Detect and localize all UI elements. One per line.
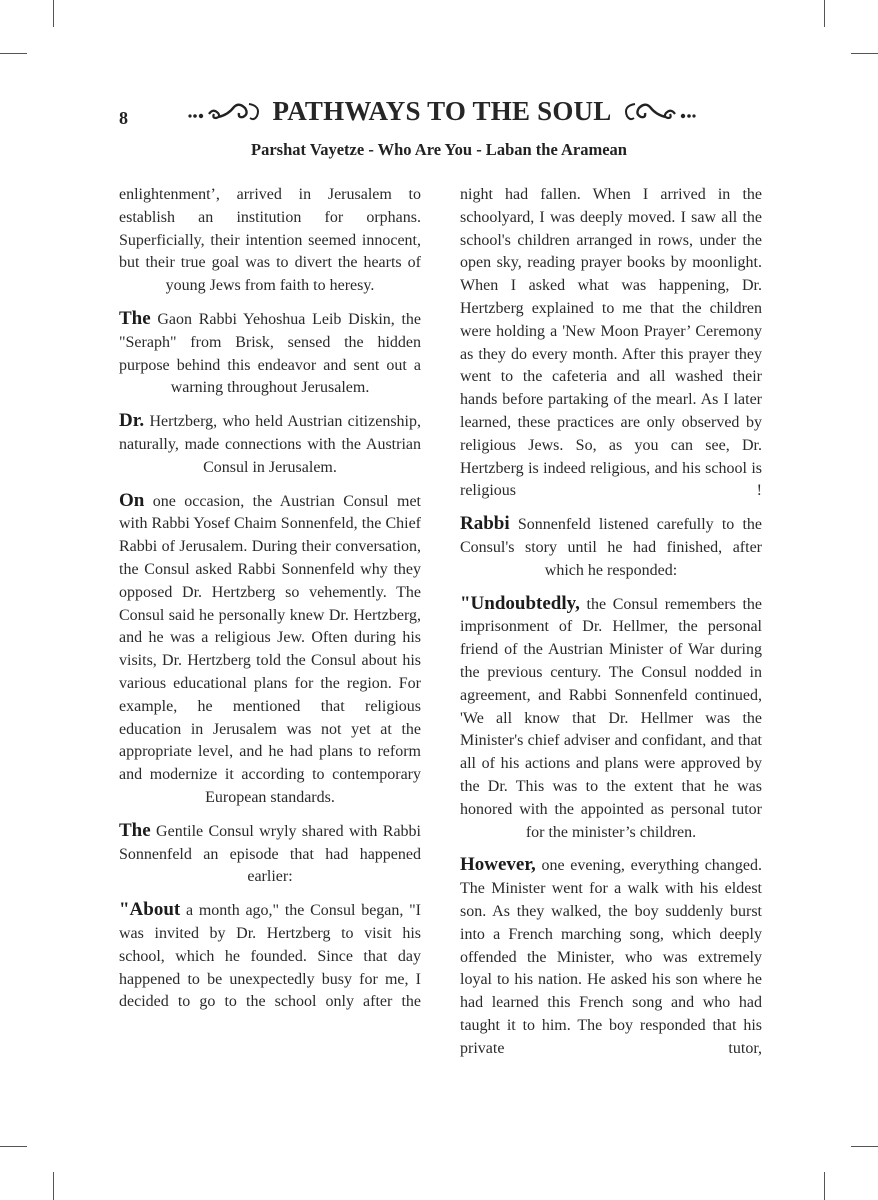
ornament-flourish-right-icon <box>615 100 697 124</box>
paragraph-text: Hertzberg, who held Austrian citizenship… <box>119 413 421 476</box>
paragraph-text: the Consul remembers the imprisonment of… <box>460 596 762 841</box>
text-column-right: night had fallen. When I arrived in the … <box>460 183 762 1070</box>
ornament-flourish-left-icon <box>187 100 269 124</box>
paragraph-lead: On <box>119 490 144 511</box>
crop-mark <box>0 53 27 54</box>
paragraph: On one occasion, the Austrian Consul met… <box>119 490 421 810</box>
paragraph-text: one evening, everything changed. The Min… <box>460 857 762 1056</box>
paragraph-lead: The <box>119 820 151 841</box>
paragraph: However, one evening, everything changed… <box>460 854 762 1060</box>
paragraph-text: enlightenment’, arrived in Jerusalem to … <box>119 186 421 294</box>
crop-mark <box>851 1146 878 1147</box>
paragraph: Dr. Hertzberg, who held Austrian citizen… <box>119 410 421 479</box>
crop-mark <box>53 1172 54 1200</box>
paragraph: "About a month ago," the Consul began, "… <box>119 899 421 1014</box>
paragraph-text: Gaon Rabbi Yehoshua Leib Diskin, the "Se… <box>119 311 421 396</box>
paragraph: enlightenment’, arrived in Jerusalem to … <box>119 183 421 298</box>
paragraph-lead: Dr. <box>119 410 144 431</box>
paragraph: The Gentile Consul wryly shared with Rab… <box>119 820 421 889</box>
paragraph-lead: The <box>119 308 151 329</box>
paragraph-text: Gentile Consul wryly shared with Rabbi S… <box>119 823 421 886</box>
paragraph: Rabbi Sonnenfeld listened carefully to t… <box>460 513 762 582</box>
paragraph-lead: However, <box>460 854 536 875</box>
paragraph-text: one occasion, the Austrian Consul met wi… <box>119 493 421 806</box>
crop-mark <box>851 53 878 54</box>
crop-mark <box>824 0 825 27</box>
paragraph-lead: "About <box>119 899 180 920</box>
crop-mark <box>53 0 54 27</box>
book-title: PATHWAYS TO THE SOUL <box>273 96 612 127</box>
paragraph-lead: Rabbi <box>460 513 510 534</box>
paragraph-lead: "Undoubtedly, <box>460 593 580 614</box>
crop-mark <box>824 1172 825 1200</box>
chapter-subtitle: Parshat Vayetze - Who Are You - Laban th… <box>0 140 878 160</box>
paragraph: night had fallen. When I arrived in the … <box>460 183 762 503</box>
running-header: 8 PATHWAYS TO THE SOUL <box>0 96 878 136</box>
book-title-row: PATHWAYS TO THE SOUL <box>172 96 712 127</box>
crop-mark <box>0 1146 27 1147</box>
paragraph-text: night had fallen. When I arrived in the … <box>460 186 762 499</box>
paragraph: The Gaon Rabbi Yehoshua Leib Diskin, the… <box>119 308 421 400</box>
page-number: 8 <box>119 108 128 129</box>
text-column-left: enlightenment’, arrived in Jerusalem to … <box>119 183 421 1024</box>
paragraph: "Undoubtedly, the Consul remembers the i… <box>460 593 762 845</box>
